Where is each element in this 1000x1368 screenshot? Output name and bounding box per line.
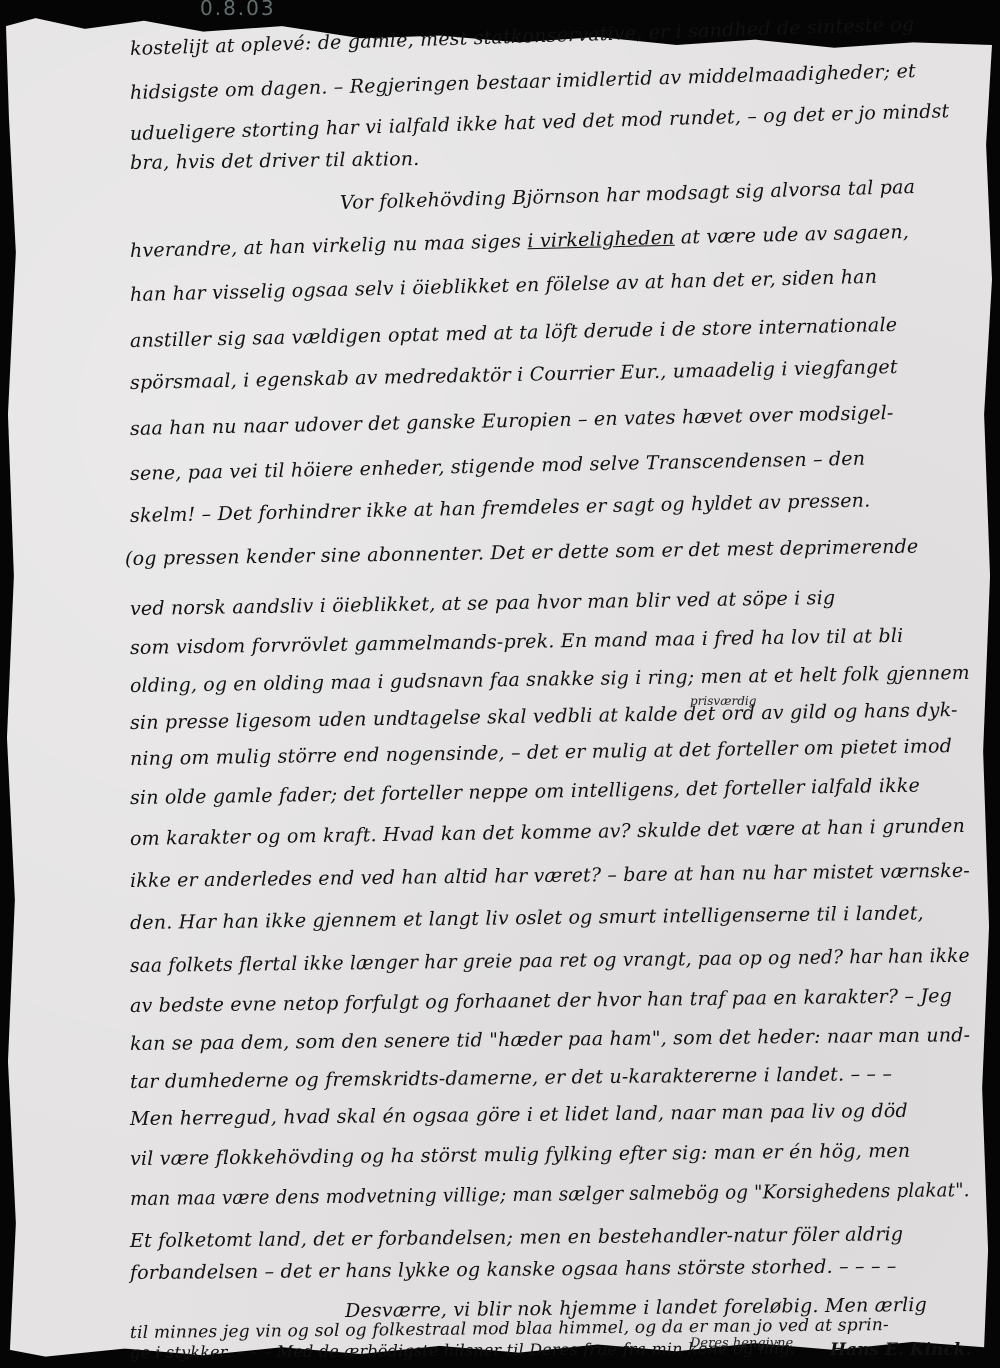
signature: Hans E. Kinck. <box>830 1340 971 1360</box>
underlined-phrase: i virkeligheden <box>527 227 675 253</box>
closing-phrase: Deres hengivne <box>690 1336 793 1351</box>
letter-line: bra, hvis det driver til aktion. <box>130 148 420 174</box>
archive-number-mark: 0.8.03 <box>200 0 276 20</box>
